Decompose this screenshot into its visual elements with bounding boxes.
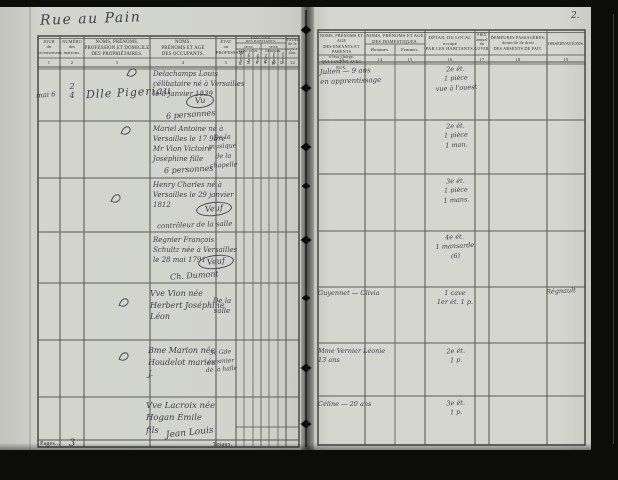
column-number: 17	[475, 57, 489, 63]
entry-local: 3e ét. 1 pièce 1 mans.	[436, 176, 475, 206]
entry-local: 4e ét. 1 mansarde (6)	[433, 232, 476, 262]
entry-local: 1 cave 1er ét. 1 p.	[434, 289, 476, 308]
entry-observations: Régnault	[546, 286, 576, 297]
next-page-edge	[613, 14, 614, 444]
entry-enfants: Mme Vernier Léonie 13 ans	[318, 347, 385, 366]
entry-enfants: Céline — 20 ans	[318, 400, 371, 409]
header-enfants: NOMS, PRÉNOMS ET AGE DES ENFANTS ET PARE…	[318, 33, 365, 70]
photo-background-bottom	[0, 450, 618, 480]
column-number: 14	[365, 57, 395, 63]
header-domestiques: NOMS, PRÉNOMS ET AGE DES DOMESTIQUES.	[365, 33, 425, 44]
header-domestiques-hommes: Hommes.	[365, 47, 395, 53]
column-number: 19	[547, 57, 585, 63]
entry-enfants: Guyennet — Olivia	[318, 289, 379, 298]
header-prix-loyer: PRIX annuel du LOYER.	[475, 33, 489, 51]
right-page-content: 2. NOMS, PRÉNOMS ET AGE DES ENFANTS ET P…	[0, 0, 618, 480]
header-demeures: DEMEURES PASSAGÈRES; domicile de droit D…	[489, 35, 547, 51]
column-number: 15	[395, 57, 425, 63]
header-domestiques-femmes: Femmes.	[395, 47, 425, 53]
page-number: 2.	[571, 10, 580, 23]
column-number: 13	[318, 57, 365, 63]
entry-local: 2e ét. 1 p.	[437, 346, 476, 367]
entry-local: 2e ét. 1 pièce 1 man.	[436, 121, 475, 151]
register-scan: Rue au Pain JOUR du recensement. NUMÉRO …	[0, 0, 618, 480]
entry-enfants: Julien — 9 ans en apprentissage	[320, 65, 382, 87]
column-number: 18	[489, 57, 547, 63]
header-observations: OBSERVATIONS.	[547, 41, 585, 47]
header-detail-local: DÉTAIL DU LOCAL occupé PAR LES HABITANTS…	[425, 35, 475, 52]
page-bottom-shadow	[0, 443, 591, 450]
column-number: 16	[425, 57, 475, 63]
entry-local: 2e ét. 1 pièce vue à l'ouest	[434, 64, 477, 94]
photo-background-top	[0, 0, 618, 7]
entry-local: 3e ét. 1 p.	[437, 398, 476, 419]
